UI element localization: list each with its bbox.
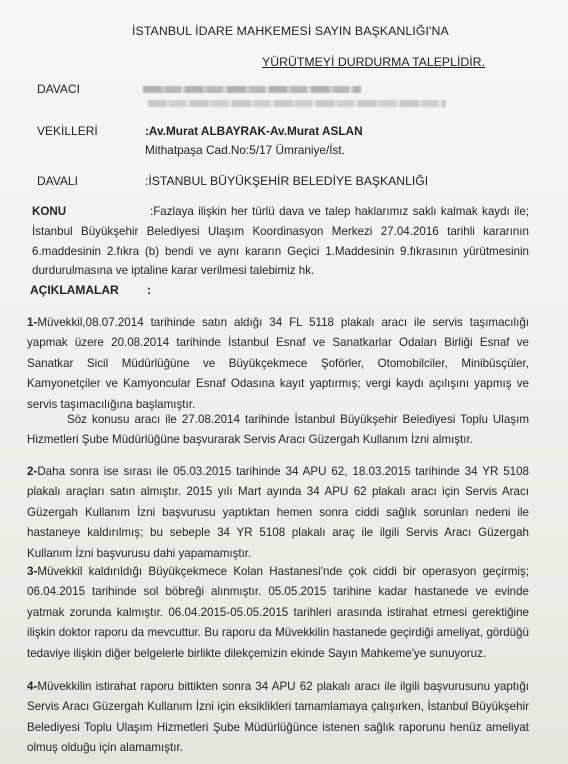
request-type-heading: YÜRÜTMEYİ DURDURMA TALEPLİDİR. — [262, 55, 485, 69]
plaintiff-name-redacted — [143, 86, 361, 93]
defendant-label: DAVALI — [37, 174, 78, 188]
paragraph-text: Müvekkilin istirahat raporu bittikten so… — [27, 680, 529, 754]
paragraph-number: 2- — [27, 465, 37, 478]
paragraph-2: 2-Daha sonra ise sırası ile 05.03.2015 t… — [27, 462, 529, 564]
attorneys-names: :Av.Murat ALBAYRAK-Av.Murat ASLAN — [145, 124, 363, 138]
plaintiff-address-redacted — [148, 100, 446, 107]
paragraph-text: Söz konusu aracı ile 27.08.2014 tarihind… — [27, 413, 529, 446]
court-header: İSTANBUL İDARE MAHKEMESİ SAYIN BAŞKANLIĞ… — [132, 24, 449, 38]
paragraph-number: 4- — [27, 680, 37, 693]
paragraph-text: Müvekkil,08.07.2014 tarihinde satın aldı… — [27, 316, 529, 411]
subject-label: KONU — [32, 202, 150, 222]
defendant-value: :İSTANBUL BÜYÜKŞEHİR BELEDİYE BAŞKANLIĞI — [145, 174, 428, 188]
paragraph-3: 3-Müvekkil kaldırıldığı Büyükçekmece Kol… — [27, 562, 529, 664]
paragraph-4: 4-Müvekkilin istirahat raporu bittikten … — [27, 677, 529, 759]
document-page: İSTANBUL İDARE MAHKEMESİ SAYIN BAŞKANLIĞ… — [0, 0, 568, 764]
explanations-label: AÇIKLAMALAR — [30, 283, 119, 297]
attorneys-label: VEKİLLERİ — [37, 124, 98, 138]
paragraph-number: 3- — [27, 565, 37, 578]
plaintiff-label: DAVACI — [37, 82, 80, 96]
explanations-colon: : — [147, 283, 151, 297]
subject-section: KONU:Fazlaya ilişkin her türlü dava ve t… — [32, 202, 529, 281]
paragraph-text: Daha sonra ise sırası ile 05.03.2015 tar… — [27, 465, 529, 560]
paragraph-number: 1- — [27, 316, 37, 329]
paragraph-1: 1-Müvekkil,08.07.2014 tarihinde satın al… — [27, 313, 529, 415]
paragraph-1-continued: Söz konusu aracı ile 27.08.2014 tarihind… — [27, 410, 529, 451]
attorneys-address: Mithatpaşa Cad.No:5/17 Ümraniye/İst. — [145, 143, 345, 157]
paragraph-text: Müvekkil kaldırıldığı Büyükçekmece Kolan… — [27, 565, 529, 660]
